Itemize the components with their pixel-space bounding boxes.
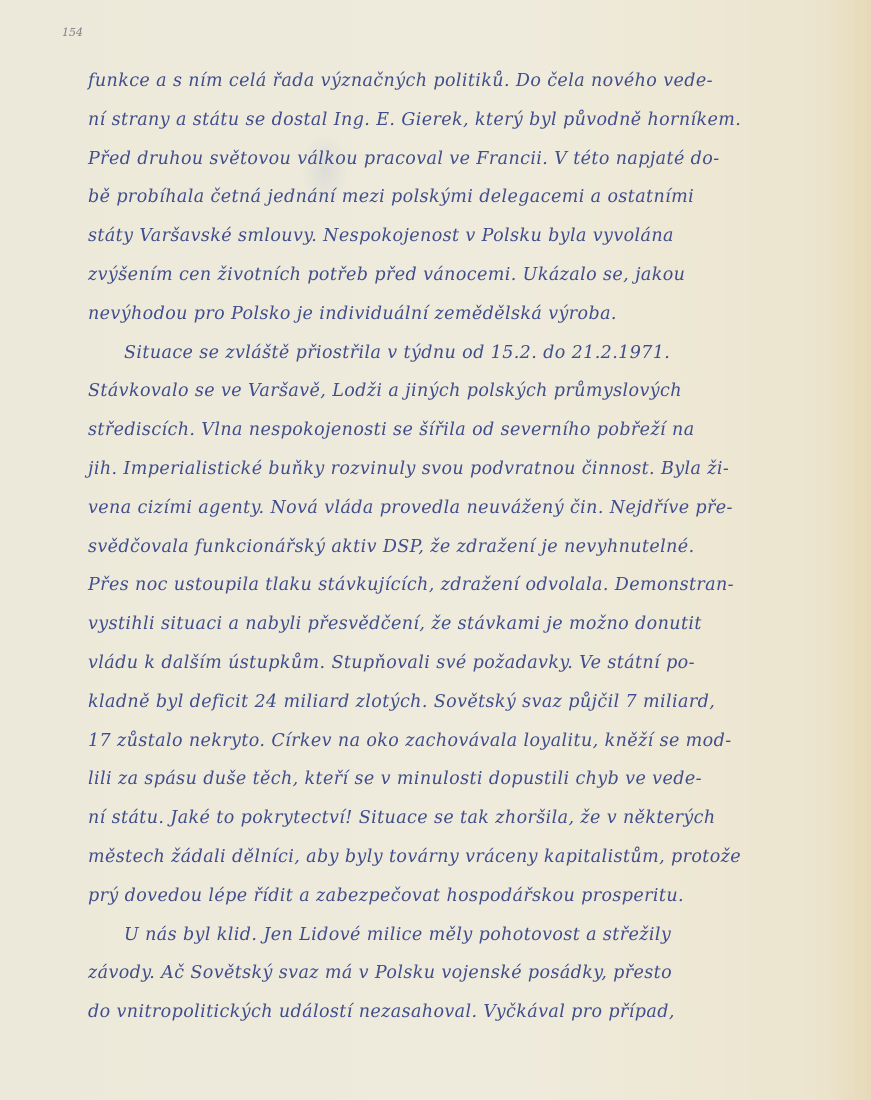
text-line: jih. Imperialistické buňky rozvinuly svo… (88, 450, 818, 489)
manuscript-page: 154 funkce a s ním celá řada význačných … (0, 0, 871, 1100)
paragraph-start-line: U nás byl klid. Jen Lidové milice měly p… (88, 916, 818, 955)
text-line: státy Varšavské smlouvy. Nespokojenost v… (88, 217, 818, 256)
text-line: vystihli situaci a nabyli přesvědčení, ž… (88, 605, 818, 644)
handwritten-text-body: funkce a s ním celá řada význačných poli… (88, 62, 818, 1032)
text-line: bě probíhala četná jednání mezi polskými… (88, 178, 818, 217)
text-line: 17 zůstalo nekryto. Církev na oko zachov… (88, 722, 818, 761)
text-line: ní strany a státu se dostal Ing. E. Gier… (88, 101, 818, 140)
paragraph-start-line: Situace se zvláště přiostřila v týdnu od… (88, 334, 818, 373)
text-line: zvýšením cen životních potřeb před vánoc… (88, 256, 818, 295)
text-line: Před druhou světovou válkou pracoval ve … (88, 140, 818, 179)
page-number: 154 (62, 26, 83, 39)
text-line: lili za spásu duše těch, kteří se v minu… (88, 760, 818, 799)
text-line: vena cizími agenty. Nová vláda provedla … (88, 489, 818, 528)
text-line: kladně byl deficit 24 miliard zlotých. S… (88, 683, 818, 722)
text-line: funkce a s ním celá řada význačných poli… (88, 62, 818, 101)
text-line: ní státu. Jaké to pokrytectví! Situace s… (88, 799, 818, 838)
text-line: Přes noc ustoupila tlaku stávkujících, z… (88, 566, 818, 605)
text-line: prý dovedou lépe řídit a zabezpečovat ho… (88, 877, 818, 916)
text-line: svědčovala funkcionářský aktiv DSP, že z… (88, 528, 818, 567)
text-line: do vnitropolitických událostí nezasahova… (88, 993, 818, 1032)
page-edge-shadow (831, 0, 871, 1100)
text-line: střediscích. Vlna nespokojenosti se šíři… (88, 411, 818, 450)
text-line: vládu k dalším ústupkům. Stupňovali své … (88, 644, 818, 683)
text-line: městech žádali dělníci, aby byly továrny… (88, 838, 818, 877)
text-line: závody. Ač Sovětský svaz má v Polsku voj… (88, 954, 818, 993)
text-line: Stávkovalo se ve Varšavě, Lodži a jiných… (88, 372, 818, 411)
text-line: nevýhodou pro Polsko je individuální zem… (88, 295, 818, 334)
